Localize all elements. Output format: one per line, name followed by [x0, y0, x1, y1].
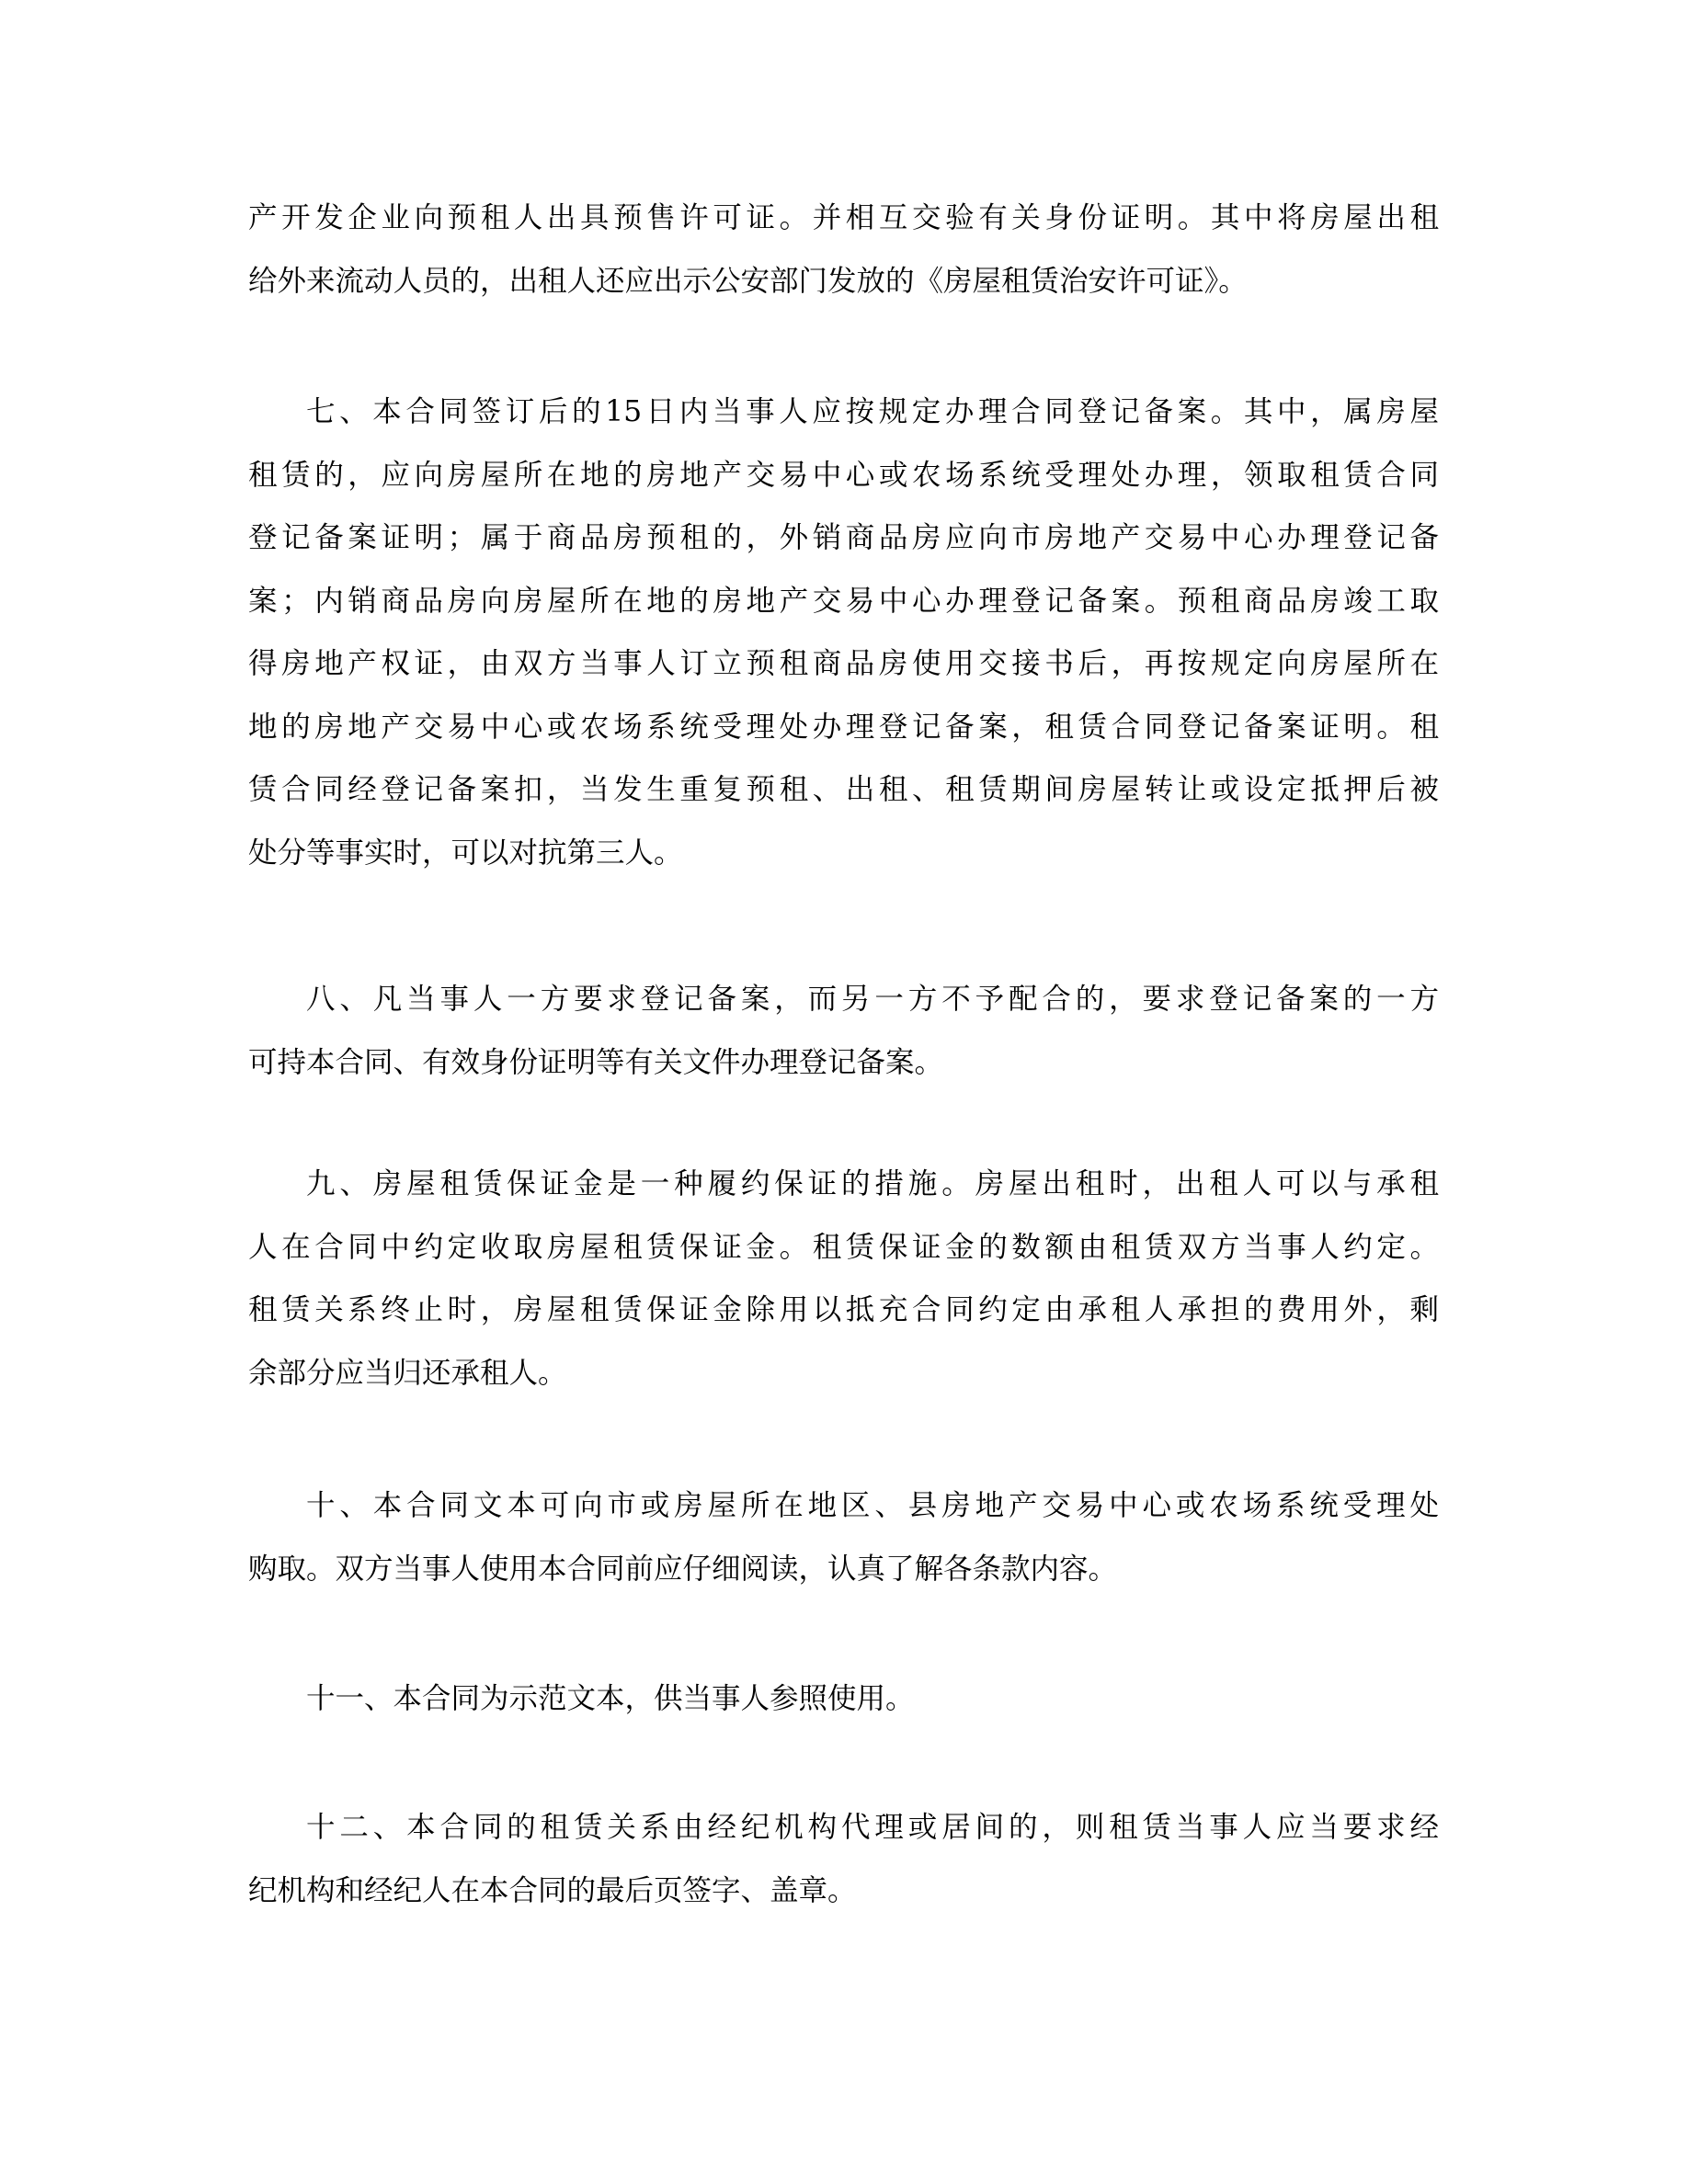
text-line: 十二、本合同的租赁关系由经纪机构代理或居间的，则租赁当事人应当要求经 — [248, 1796, 1439, 1860]
text-line: 人在合同中约定收取房屋租赁保证金。租赁保证金的数额由租赁双方当事人约定。 — [248, 1216, 1439, 1280]
text-line: 八、凡当事人一方要求登记备案，而另一方不予配合的，要求登记备案的一方 — [248, 968, 1439, 1031]
paragraph-clause-10: 十、本合同文本可向市或房屋所在地区、县房地产交易中心或农场系统受理处 购取。双方… — [248, 1474, 1439, 1600]
text-line: 七、本合同签订后的15日内当事人应按规定办理合同登记备案。其中，属房屋 — [248, 381, 1439, 444]
text-line: 购取。双方当事人使用本合同前应仔细阅读，认真了解各条款内容。 — [248, 1538, 1439, 1601]
text-line: 租赁关系终止时，房屋租赁保证金除用以抵充合同约定由承租人承担的费用外，剩 — [248, 1279, 1439, 1342]
text-line: 案；内销商品房向房屋所在地的房地产交易中心办理登记备案。预租商品房竣工取 — [248, 570, 1439, 633]
text-line: 登记备案证明；属于商品房预租的，外销商品房应向市房地产交易中心办理登记备 — [248, 506, 1439, 570]
text-line: 租赁的，应向房屋所在地的房地产交易中心或农场系统受理处办理，领取租赁合同 — [248, 444, 1439, 507]
text-line: 十一、本合同为示范文本，供当事人参照使用。 — [248, 1667, 1439, 1731]
text-line: 余部分应当归还承租人。 — [248, 1342, 1439, 1405]
text-line: 给外来流动人员的，出租人还应出示公安部门发放的《房屋租赁治安许可证》。 — [248, 250, 1439, 313]
text-line: 可持本合同、有效身份证明等有关文件办理登记备案。 — [248, 1031, 1439, 1095]
text-line: 九、房屋租赁保证金是一种履约保证的措施。房屋出租时，出租人可以与承租 — [248, 1153, 1439, 1216]
text-line: 赁合同经登记备案扣，当发生重复预租、出租、租赁期间房屋转让或设定抵押后被 — [248, 758, 1439, 822]
text-line: 处分等事实时，可以对抗第三人。 — [248, 822, 1439, 885]
paragraph-clause-12: 十二、本合同的租赁关系由经纪机构代理或居间的，则租赁当事人应当要求经 纪机构和经… — [248, 1796, 1439, 1922]
paragraph-clause-11: 十一、本合同为示范文本，供当事人参照使用。 — [248, 1667, 1439, 1731]
paragraph-clause-7: 七、本合同签订后的15日内当事人应按规定办理合同登记备案。其中，属房屋 租赁的，… — [248, 381, 1439, 884]
text-line: 产开发企业向预租人出具预售许可证。并相互交验有关身份证明。其中将房屋出租 — [248, 187, 1439, 250]
text-line: 得房地产权证，由双方当事人订立预租商品房使用交接书后，再按规定向房屋所在 — [248, 632, 1439, 696]
paragraph-continuation: 产开发企业向预租人出具预售许可证。并相互交验有关身份证明。其中将房屋出租 给外来… — [248, 187, 1439, 313]
document-page: 产开发企业向预租人出具预售许可证。并相互交验有关身份证明。其中将房屋出租 给外来… — [0, 0, 1688, 2184]
text-line: 地的房地产交易中心或农场系统受理处办理登记备案，租赁合同登记备案证明。租 — [248, 696, 1439, 759]
paragraph-clause-9: 九、房屋租赁保证金是一种履约保证的措施。房屋出租时，出租人可以与承租 人在合同中… — [248, 1153, 1439, 1405]
paragraph-clause-8: 八、凡当事人一方要求登记备案，而另一方不予配合的，要求登记备案的一方 可持本合同… — [248, 968, 1439, 1094]
text-line: 纪机构和经纪人在本合同的最后页签字、盖章。 — [248, 1860, 1439, 1923]
text-line: 十、本合同文本可向市或房屋所在地区、县房地产交易中心或农场系统受理处 — [248, 1474, 1439, 1538]
